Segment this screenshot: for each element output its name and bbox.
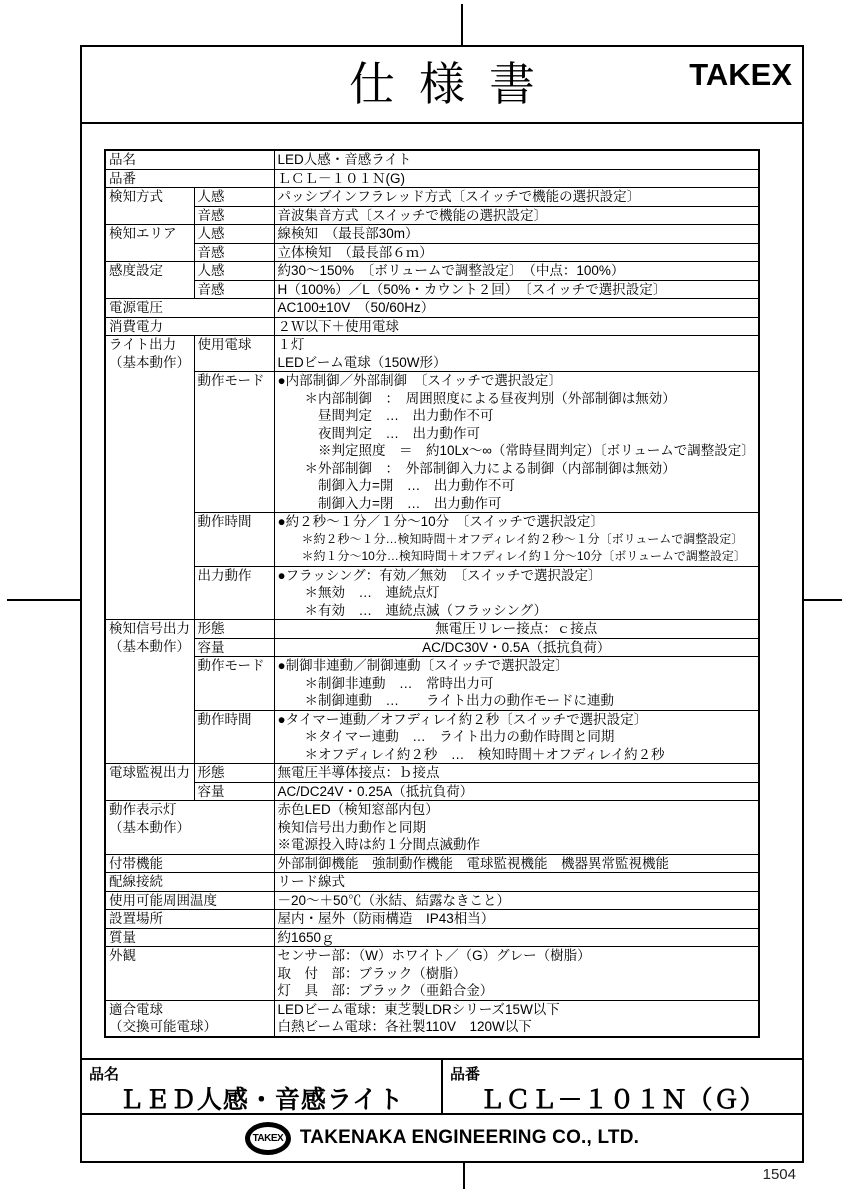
value-line: 立体検知 （最長部６ｍ） <box>278 244 756 262</box>
value-line: LED人感・音感ライト <box>278 151 756 169</box>
value-line: 灯 具 部：ブラック（亜鉛合金） <box>278 982 756 1000</box>
row-value: ２Ｗ以下＋使用電球 <box>274 317 759 336</box>
row-label: 品名 <box>105 150 274 169</box>
spec-sheet-page: 仕様書 TAKEX 品名LED人感・音感ライト品番ＬＣＬ－１０１Ｎ(G)検知方式… <box>0 0 848 1200</box>
row-sublabel: 動作時間 <box>194 710 274 764</box>
value-line: LEDビーム電球：東芝製LDRシリーズ15W以下 <box>278 1001 756 1019</box>
row-label: 電球監視出力 <box>105 764 194 801</box>
table-row: 音感H（100%）／L（50%・カウント２回） 〔スイッチで選択設定〕 <box>105 280 759 299</box>
product-model-cell: 品番 ＬＣＬ－１０１Ｎ（Ｇ） <box>443 1060 802 1113</box>
company-footer: TAKEX TAKENAKA ENGINEERING CO., LTD. <box>82 1115 802 1161</box>
row-label: 検知方式 <box>105 188 194 225</box>
row-value: ●タイマー連動／オフディレイ約２秒〔スイッチで選択設定〕 ＊タイマー連動 … ラ… <box>274 710 759 764</box>
table-row: 使用可能周囲温度－20～＋50℃（氷結、結露なきこと） <box>105 891 759 910</box>
value-line: ＊外部制御 ： 外部制御入力による制御（内部制御は無効） <box>278 460 756 478</box>
table-row: 付帯機能外部制御機能 強制動作機能 電球監視機能 機器異常監視機能 <box>105 854 759 873</box>
row-sublabel: 容量 <box>194 638 274 657</box>
row-value: リード線式 <box>274 873 759 892</box>
row-label: 品番 <box>105 169 274 188</box>
value-line: 白熱ビーム電球：各社製110V 120W以下 <box>278 1018 756 1036</box>
row-sublabel: 容量 <box>194 782 274 801</box>
row-label: 電源電圧 <box>105 299 274 318</box>
value-line: 制御入力=閉 … 出力動作可 <box>278 495 756 513</box>
row-sublabel: 音感 <box>194 280 274 299</box>
crop-mark-bottom <box>463 1163 465 1189</box>
row-label: 設置場所 <box>105 910 274 929</box>
page-number: 1504 <box>730 1166 796 1183</box>
value-line: リード線式 <box>278 873 756 891</box>
row-label: 動作表示灯（基本動作） <box>105 801 274 855</box>
row-value: ●制御非連動／制御連動〔スイッチで選択設定〕 ＊制御非連動 … 常時出力可 ＊制… <box>274 657 759 711</box>
value-line: AC100±10V （50/60Hz） <box>278 299 756 317</box>
table-row: 音感音波集音方式〔スイッチで機能の選択設定〕 <box>105 206 759 225</box>
value-line: 外部制御機能 強制動作機能 電球監視機能 機器異常監視機能 <box>278 855 756 873</box>
value-line: AC/DC30V・0.5A（抵抗負荷） <box>278 639 756 657</box>
value-line: センサー部：（W）ホワイト／（G）グレー（樹脂） <box>278 947 756 965</box>
row-value: パッシブインフラレッド方式〔スイッチで機能の選択設定〕 <box>274 188 759 207</box>
row-value: ●約２秒～１分／１分～10分 〔スイッチで選択設定〕 ＊約２秒～１分…検知時間＋… <box>274 513 759 567</box>
row-label: ライト出力（基本動作） <box>105 336 194 620</box>
row-value: ＬＣＬ－１０１Ｎ(G) <box>274 169 759 188</box>
value-line: ＊有効 … 連続点滅（フラッシング） <box>278 602 756 620</box>
value-line: 赤色LED（検知窓部内包） <box>278 801 756 819</box>
brand-logotype: TAKEX <box>689 57 792 93</box>
table-row: 電源電圧AC100±10V （50/60Hz） <box>105 299 759 318</box>
title-row: 仕様書 TAKEX <box>82 47 802 124</box>
table-row: 検知信号出力（基本動作）形態無電圧リレー接点：ｃ接点 <box>105 620 759 639</box>
row-value: 無電圧半導体接点：ｂ接点 <box>274 764 759 783</box>
table-row: 適合電球（交換可能電球）LEDビーム電球：東芝製LDRシリーズ15W以下白熱ビー… <box>105 1000 759 1037</box>
row-sublabel: 形態 <box>194 764 274 783</box>
value-line: ※判定照度 ＝ 約10Lx～∞（常時昼間判定）〔ボリュームで調整設定〕 <box>278 442 756 460</box>
row-sublabel: 出力動作 <box>194 566 274 620</box>
spec-table-body: 品名LED人感・音感ライト品番ＬＣＬ－１０１Ｎ(G)検知方式人感パッシブインフラ… <box>105 150 759 1037</box>
table-row: 出力動作●フラッシング：有効／無効 〔スイッチで選択設定〕 ＊無効 … 連続点灯… <box>105 566 759 620</box>
value-line: ＊オフディレイ約２秒 … 検知時間＋オフディレイ約２秒 <box>278 746 756 764</box>
value-line: ＊タイマー連動 … ライト出力の動作時間と同期 <box>278 728 756 746</box>
row-label: 消費電力 <box>105 317 274 336</box>
table-row: 動作モード●内部制御／外部制御 〔スイッチで選択設定〕 ＊内部制御 ： 周囲照度… <box>105 372 759 513</box>
value-line: 無電圧半導体接点：ｂ接点 <box>278 764 756 782</box>
value-line: ●約２秒～１分／１分～10分 〔スイッチで選択設定〕 <box>278 513 756 531</box>
crop-mark-top <box>461 4 463 45</box>
row-sublabel: 音感 <box>194 243 274 262</box>
value-line: ●タイマー連動／オフディレイ約２秒〔スイッチで選択設定〕 <box>278 711 756 729</box>
value-line: ＊制御連動 … ライト出力の動作モードに連動 <box>278 692 756 710</box>
row-value: １灯LEDビーム電球（150W形） <box>274 336 759 372</box>
spec-table: 品名LED人感・音感ライト品番ＬＣＬ－１０１Ｎ(G)検知方式人感パッシブインフラ… <box>104 149 760 1038</box>
row-value: 屋内・屋外（防雨構造 IP43相当） <box>274 910 759 929</box>
row-value: LEDビーム電球：東芝製LDRシリーズ15W以下白熱ビーム電球：各社製110V … <box>274 1000 759 1037</box>
table-row: 音感立体検知 （最長部６ｍ） <box>105 243 759 262</box>
row-label: 配線接続 <box>105 873 274 892</box>
product-name-value: ＬＥＤ人感・音感ライト <box>82 1060 441 1116</box>
table-row: 設置場所屋内・屋外（防雨構造 IP43相当） <box>105 910 759 929</box>
row-value: ●内部制御／外部制御 〔スイッチで選択設定〕 ＊内部制御 ： 周囲照度による昼夜… <box>274 372 759 513</box>
value-line: 約30～150% 〔ボリュームで調整設定〕 （中点：100%） <box>278 262 756 280</box>
table-row: ライト出力（基本動作）使用電球１灯LEDビーム電球（150W形） <box>105 336 759 372</box>
product-model-label: 品番 <box>450 1063 480 1084</box>
table-row: 感度設定人感約30～150% 〔ボリュームで調整設定〕 （中点：100%） <box>105 262 759 281</box>
row-sublabel: 動作モード <box>194 657 274 711</box>
value-line: 検知信号出力動作と同期 <box>278 819 756 837</box>
value-line: 音波集音方式〔スイッチで機能の選択設定〕 <box>278 207 756 225</box>
product-name-cell: 品名 ＬＥＤ人感・音感ライト <box>82 1060 443 1113</box>
row-sublabel: 音感 <box>194 206 274 225</box>
row-value: 音波集音方式〔スイッチで機能の選択設定〕 <box>274 206 759 225</box>
crop-mark-right <box>804 599 842 601</box>
row-value: 約30～150% 〔ボリュームで調整設定〕 （中点：100%） <box>274 262 759 281</box>
value-line: パッシブインフラレッド方式〔スイッチで機能の選択設定〕 <box>278 188 756 206</box>
value-line: ●内部制御／外部制御 〔スイッチで選択設定〕 <box>278 372 756 390</box>
value-line: 昼間判定 … 出力動作不可 <box>278 407 756 425</box>
value-line: －20～＋50℃（氷結、結露なきこと） <box>278 892 756 910</box>
row-sublabel: 形態 <box>194 620 274 639</box>
row-label: 付帯機能 <box>105 854 274 873</box>
table-row: 配線接続リード線式 <box>105 873 759 892</box>
value-line: LEDビーム電球（150W形） <box>278 354 756 372</box>
row-sublabel: 人感 <box>194 225 274 244</box>
table-row: 品番ＬＣＬ－１０１Ｎ(G) <box>105 169 759 188</box>
sheet-border: 仕様書 TAKEX 品名LED人感・音感ライト品番ＬＣＬ－１０１Ｎ(G)検知方式… <box>80 45 804 1163</box>
value-line: 夜間判定 … 出力動作可 <box>278 425 756 443</box>
row-label: 使用可能周囲温度 <box>105 891 274 910</box>
row-value: ●フラッシング：有効／無効 〔スイッチで選択設定〕 ＊無効 … 連続点灯 ＊有効… <box>274 566 759 620</box>
row-value: AC/DC30V・0.5A（抵抗負荷） <box>274 638 759 657</box>
row-label: 適合電球（交換可能電球） <box>105 1000 274 1037</box>
row-value: センサー部：（W）ホワイト／（G）グレー（樹脂）取 付 部：ブラック（樹脂）灯 … <box>274 947 759 1001</box>
row-label: 検知エリア <box>105 225 194 262</box>
row-value: AC/DC24V・0.25A（抵抗負荷） <box>274 782 759 801</box>
table-row: 検知方式人感パッシブインフラレッド方式〔スイッチで機能の選択設定〕 <box>105 188 759 207</box>
value-line: ●制御非連動／制御連動〔スイッチで選択設定〕 <box>278 657 756 675</box>
value-line: ＊制御非連動 … 常時出力可 <box>278 675 756 693</box>
row-sublabel: 動作モード <box>194 372 274 513</box>
table-row: 消費電力２Ｗ以下＋使用電球 <box>105 317 759 336</box>
value-line: １灯 <box>278 336 756 354</box>
table-row: 動作時間●タイマー連動／オフディレイ約２秒〔スイッチで選択設定〕 ＊タイマー連動… <box>105 710 759 764</box>
row-value: LED人感・音感ライト <box>274 150 759 169</box>
value-line: 取 付 部：ブラック（樹脂） <box>278 965 756 983</box>
value-line: ＬＣＬ－１０１Ｎ(G) <box>278 170 756 188</box>
table-row: 外観センサー部：（W）ホワイト／（G）グレー（樹脂）取 付 部：ブラック（樹脂）… <box>105 947 759 1001</box>
row-value: 約1650ｇ <box>274 928 759 947</box>
value-line: AC/DC24V・0.25A（抵抗負荷） <box>278 783 756 801</box>
product-model-value: ＬＣＬ－１０１Ｎ（Ｇ） <box>443 1060 802 1116</box>
product-name-label: 品名 <box>89 1063 119 1084</box>
row-value: H（100%）／L（50%・カウント２回） 〔スイッチで選択設定〕 <box>274 280 759 299</box>
row-value: AC100±10V （50/60Hz） <box>274 299 759 318</box>
row-label: 検知信号出力（基本動作） <box>105 620 194 764</box>
value-line: ２Ｗ以下＋使用電球 <box>278 318 756 336</box>
value-line: 制御入力=開 … 出力動作不可 <box>278 477 756 495</box>
table-row: 動作表示灯（基本動作）赤色LED（検知窓部内包）検知信号出力動作と同期※電源投入… <box>105 801 759 855</box>
row-label: 外観 <box>105 947 274 1001</box>
row-value: 立体検知 （最長部６ｍ） <box>274 243 759 262</box>
row-value: －20～＋50℃（氷結、結露なきこと） <box>274 891 759 910</box>
row-label: 質量 <box>105 928 274 947</box>
row-value: 赤色LED（検知窓部内包）検知信号出力動作と同期※電源投入時は約１分間点滅動作 <box>274 801 759 855</box>
table-row: 容量AC/DC24V・0.25A（抵抗負荷） <box>105 782 759 801</box>
crop-mark-left <box>7 599 80 601</box>
value-line: H（100%）／L（50%・カウント２回） 〔スイッチで選択設定〕 <box>278 281 756 299</box>
row-value: 外部制御機能 強制動作機能 電球監視機能 機器異常監視機能 <box>274 854 759 873</box>
table-row: 検知エリア人感線検知 （最長部30m） <box>105 225 759 244</box>
table-row: 動作時間●約２秒～１分／１分～10分 〔スイッチで選択設定〕 ＊約２秒～１分…検… <box>105 513 759 567</box>
value-line: ※電源投入時は約１分間点滅動作 <box>278 836 756 854</box>
value-line: 約1650ｇ <box>278 929 756 947</box>
table-row: 電球監視出力形態無電圧半導体接点：ｂ接点 <box>105 764 759 783</box>
value-line: ●フラッシング：有効／無効 〔スイッチで選択設定〕 <box>278 567 756 585</box>
value-line: ＊約２秒～１分…検知時間＋オフディレイ約２秒～１分〔ボリュームで調整設定〕 <box>278 531 756 549</box>
value-line: ＊無効 … 連続点灯 <box>278 584 756 602</box>
takex-oval-logo-icon: TAKEX <box>245 1122 291 1155</box>
row-sublabel: 人感 <box>194 188 274 207</box>
value-line: 屋内・屋外（防雨構造 IP43相当） <box>278 910 756 928</box>
table-row: 質量約1650ｇ <box>105 928 759 947</box>
row-value: 無電圧リレー接点：ｃ接点 <box>274 620 759 639</box>
value-line: ＊内部制御 ： 周囲照度による昼夜判別（外部制御は無効） <box>278 390 756 408</box>
row-value: 線検知 （最長部30m） <box>274 225 759 244</box>
row-sublabel: 動作時間 <box>194 513 274 567</box>
row-sublabel: 使用電球 <box>194 336 274 372</box>
row-label: 感度設定 <box>105 262 194 299</box>
value-line: ＊約１分～10分…検知時間＋オフディレイ約１分～10分〔ボリュームで調整設定〕 <box>278 548 756 566</box>
value-line: 無電圧リレー接点：ｃ接点 <box>278 620 756 638</box>
row-sublabel: 人感 <box>194 262 274 281</box>
company-name: TAKENAKA ENGINEERING CO., LTD. <box>300 1127 639 1149</box>
table-row: 容量AC/DC30V・0.5A（抵抗負荷） <box>105 638 759 657</box>
table-row: 品名LED人感・音感ライト <box>105 150 759 169</box>
product-summary-row: 品名 ＬＥＤ人感・音感ライト 品番 ＬＣＬ－１０１Ｎ（Ｇ） <box>82 1058 802 1115</box>
table-row: 動作モード●制御非連動／制御連動〔スイッチで選択設定〕 ＊制御非連動 … 常時出… <box>105 657 759 711</box>
value-line: 線検知 （最長部30m） <box>278 225 756 243</box>
